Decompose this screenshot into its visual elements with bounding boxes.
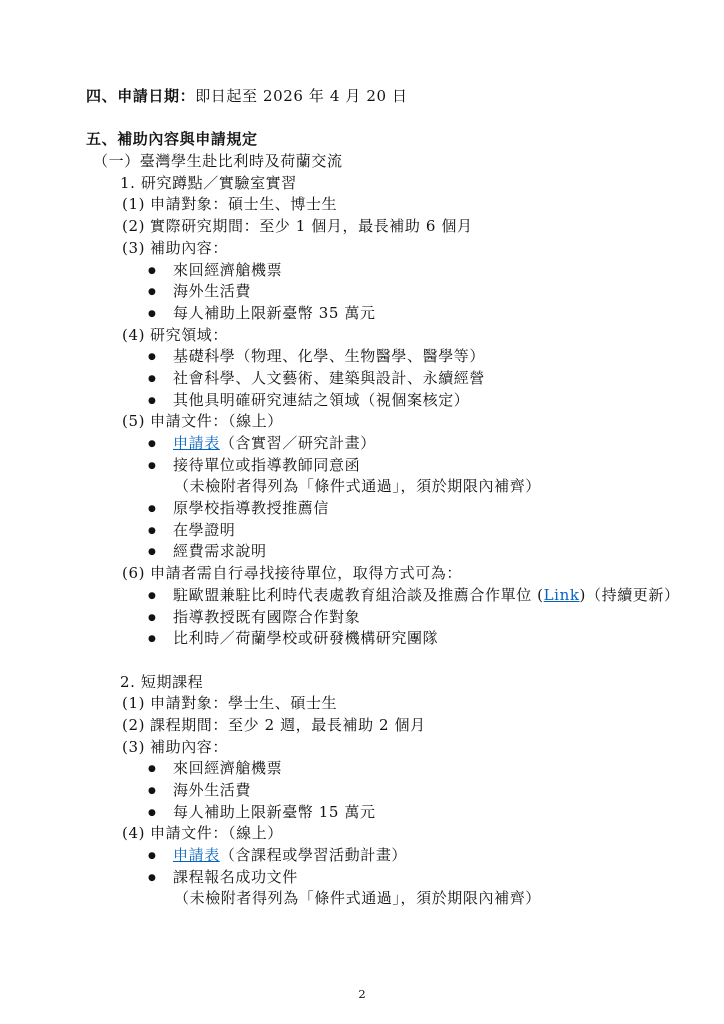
section-heading-line: 五、補助內容與申請規定 <box>0 129 724 151</box>
body-text: 接待單位或指導教師同意函 <box>173 456 360 474</box>
numbered-item-line: (1)申請對象：學士生、碩士生 <box>0 693 724 715</box>
bullet-icon: ● <box>148 304 173 326</box>
body-text: 1. 研究蹲點／實驗室實習 <box>120 174 297 192</box>
item-number-marker: (4) <box>122 325 150 347</box>
body-text: 每人補助上限新臺幣 35 萬元 <box>173 304 376 322</box>
body-text: 海外生活費 <box>173 781 251 799</box>
item-number-marker: (2) <box>122 715 150 737</box>
body-text: 申請對象：碩士生、博士生 <box>150 195 337 213</box>
item-note-line: （未檢附者得列為「條件式通過」，須於期限內補齊） <box>0 476 724 498</box>
body-text: 申請文件：（線上） <box>150 824 283 842</box>
blank-line <box>0 108 724 130</box>
body-text: （含課程或學習活動計畫） <box>220 846 407 864</box>
bullet-item-line: ●駐歐盟兼駐比利時代表處教育組洽談及推薦合作單位 (Link)（持續更新） <box>0 585 724 607</box>
bullet-icon: ● <box>148 261 173 283</box>
bullet-icon: ● <box>148 347 173 369</box>
bullet-icon: ● <box>148 369 173 391</box>
bullet-item-line: ●課程報名成功文件 <box>0 867 724 889</box>
body-text: （一）臺灣學生赴比利時及荷蘭交流 <box>93 152 343 170</box>
bullet-item-line: ●來回經濟艙機票 <box>0 260 724 282</box>
application-form-link[interactable]: 申請表 <box>173 846 220 864</box>
body-text: 社會科學、人文藝術、建築與設計、永續經營 <box>173 369 485 387</box>
body-text: 申請對象：學士生、碩士生 <box>150 694 337 712</box>
body-text: 實際研究期間：至少 1 個月，最長補助 6 個月 <box>150 217 473 235</box>
body-text: 其他具明確研究連結之領域（視個案核定） <box>173 391 469 409</box>
numbered-heading-line: 1. 研究蹲點／實驗室實習 <box>0 173 724 195</box>
bullet-item-line: ●指導教授既有國際合作對象 <box>0 607 724 629</box>
numbered-item-line: (5)申請文件：（線上） <box>0 411 724 433</box>
document-body: 四、申請日期：即日起至 2026 年 4 月 20 日五、補助內容與申請規定（一… <box>0 86 724 910</box>
document-page: 四、申請日期：即日起至 2026 年 4 月 20 日五、補助內容與申請規定（一… <box>0 0 724 1024</box>
numbered-item-line: (2)實際研究期間：至少 1 個月，最長補助 6 個月 <box>0 216 724 238</box>
bullet-icon: ● <box>148 586 173 608</box>
bullet-item-line: ●其他具明確研究連結之領域（視個案核定） <box>0 390 724 412</box>
item-number-marker: (3) <box>122 737 150 759</box>
heading-text: 四、申請日期： <box>86 87 195 105</box>
bullet-item-line: ●申請表（含課程或學習活動計畫） <box>0 845 724 867</box>
body-text: 研究領域： <box>150 326 228 344</box>
body-text: 海外生活費 <box>173 282 251 300</box>
body-text: 2. 短期課程 <box>120 673 203 691</box>
body-text: 來回經濟艙機票 <box>173 759 282 777</box>
item-number-marker: (2) <box>122 216 150 238</box>
numbered-item-line: (3)補助內容： <box>0 737 724 759</box>
bullet-item-line: ●經費需求說明 <box>0 541 724 563</box>
body-text: （含實習／研究計畫） <box>220 434 376 452</box>
body-text: )（持續更新） <box>580 586 680 604</box>
bullet-icon: ● <box>148 781 173 803</box>
body-text: 駐歐盟兼駐比利時代表處教育組洽談及推薦合作單位 ( <box>173 586 544 604</box>
item-number-marker: (5) <box>122 411 150 433</box>
numbered-item-line: (4)研究領域： <box>0 325 724 347</box>
bullet-item-line: ●比利時／荷蘭學校或研發機構研究團隊 <box>0 628 724 650</box>
bullet-icon: ● <box>148 629 173 651</box>
item-number-marker: (1) <box>122 693 150 715</box>
body-text: 課程報名成功文件 <box>173 868 298 886</box>
heading-text: 五、補助內容與申請規定 <box>86 130 258 148</box>
bullet-item-line: ●來回經濟艙機票 <box>0 758 724 780</box>
numbered-item-line: (3)補助內容： <box>0 238 724 260</box>
body-text: 補助內容： <box>150 738 228 756</box>
bullet-icon: ● <box>148 868 173 890</box>
page-number: 2 <box>0 987 724 1001</box>
item-number-marker: (3) <box>122 238 150 260</box>
bullet-icon: ● <box>148 456 173 478</box>
numbered-heading-line: 2. 短期課程 <box>0 672 724 694</box>
bullet-item-line: ●每人補助上限新臺幣 35 萬元 <box>0 303 724 325</box>
body-text: 原學校指導教授推薦信 <box>173 499 329 517</box>
numbered-item-line: (1)申請對象：碩士生、博士生 <box>0 194 724 216</box>
bullet-icon: ● <box>148 521 173 543</box>
numbered-item-line: (4)申請文件：（線上） <box>0 823 724 845</box>
body-text: 指導教授既有國際合作對象 <box>173 608 360 626</box>
bullet-icon: ● <box>148 608 173 630</box>
body-text: 申請者需自行尋找接待單位，取得方式可為： <box>150 564 462 582</box>
item-number-marker: (4) <box>122 823 150 845</box>
bullet-item-line: ●申請表（含實習／研究計畫） <box>0 433 724 455</box>
bullet-icon: ● <box>148 542 173 564</box>
body-text: 來回經濟艙機票 <box>173 261 282 279</box>
body-text: 即日起至 2026 年 4 月 20 日 <box>195 87 407 105</box>
body-text: 基礎科學（物理、化學、生物醫學、醫學等） <box>173 347 485 365</box>
bullet-icon: ● <box>148 434 173 456</box>
item-number-marker: (6) <box>122 563 150 585</box>
bullet-icon: ● <box>148 391 173 413</box>
bullet-icon: ● <box>148 282 173 304</box>
blank-line <box>0 650 724 672</box>
bullet-icon: ● <box>148 759 173 781</box>
numbered-item-line: (2)課程期間：至少 2 週，最長補助 2 個月 <box>0 715 724 737</box>
bullet-item-line: ●接待單位或指導教師同意函 <box>0 455 724 477</box>
bullet-item-line: ●每人補助上限新臺幣 15 萬元 <box>0 802 724 824</box>
body-text: 補助內容： <box>150 239 228 257</box>
bullet-item-line: ●海外生活費 <box>0 780 724 802</box>
bullet-item-line: ●在學證明 <box>0 520 724 542</box>
body-text: 經費需求說明 <box>173 542 267 560</box>
bullet-item-line: ●原學校指導教授推薦信 <box>0 498 724 520</box>
body-text: 比利時／荷蘭學校或研發機構研究團隊 <box>173 629 438 647</box>
bullet-icon: ● <box>148 803 173 825</box>
item-note-line: （未檢附者得列為「條件式通過」，須於期限內補齊） <box>0 888 724 910</box>
item-number-marker: (1) <box>122 194 150 216</box>
bullet-item-line: ●社會科學、人文藝術、建築與設計、永續經營 <box>0 368 724 390</box>
body-text: （未檢附者得列為「條件式通過」，須於期限內補齊） <box>174 889 541 907</box>
subsection-line: （一）臺灣學生赴比利時及荷蘭交流 <box>0 151 724 173</box>
bullet-item-line: ●基礎科學（物理、化學、生物醫學、醫學等） <box>0 346 724 368</box>
bullet-item-line: ●海外生活費 <box>0 281 724 303</box>
bullet-icon: ● <box>148 846 173 868</box>
body-text: 申請文件：（線上） <box>150 412 283 430</box>
body-text: 課程期間：至少 2 週，最長補助 2 個月 <box>150 716 426 734</box>
body-text: 每人補助上限新臺幣 15 萬元 <box>173 803 376 821</box>
bullet-icon: ● <box>148 499 173 521</box>
numbered-item-line: (6)申請者需自行尋找接待單位，取得方式可為： <box>0 563 724 585</box>
body-text: 在學證明 <box>173 521 235 539</box>
partner-list-link[interactable]: Link <box>544 586 580 604</box>
section-heading-line: 四、申請日期：即日起至 2026 年 4 月 20 日 <box>0 86 724 108</box>
body-text: （未檢附者得列為「條件式通過」，須於期限內補齊） <box>174 477 541 495</box>
application-form-link[interactable]: 申請表 <box>173 434 220 452</box>
